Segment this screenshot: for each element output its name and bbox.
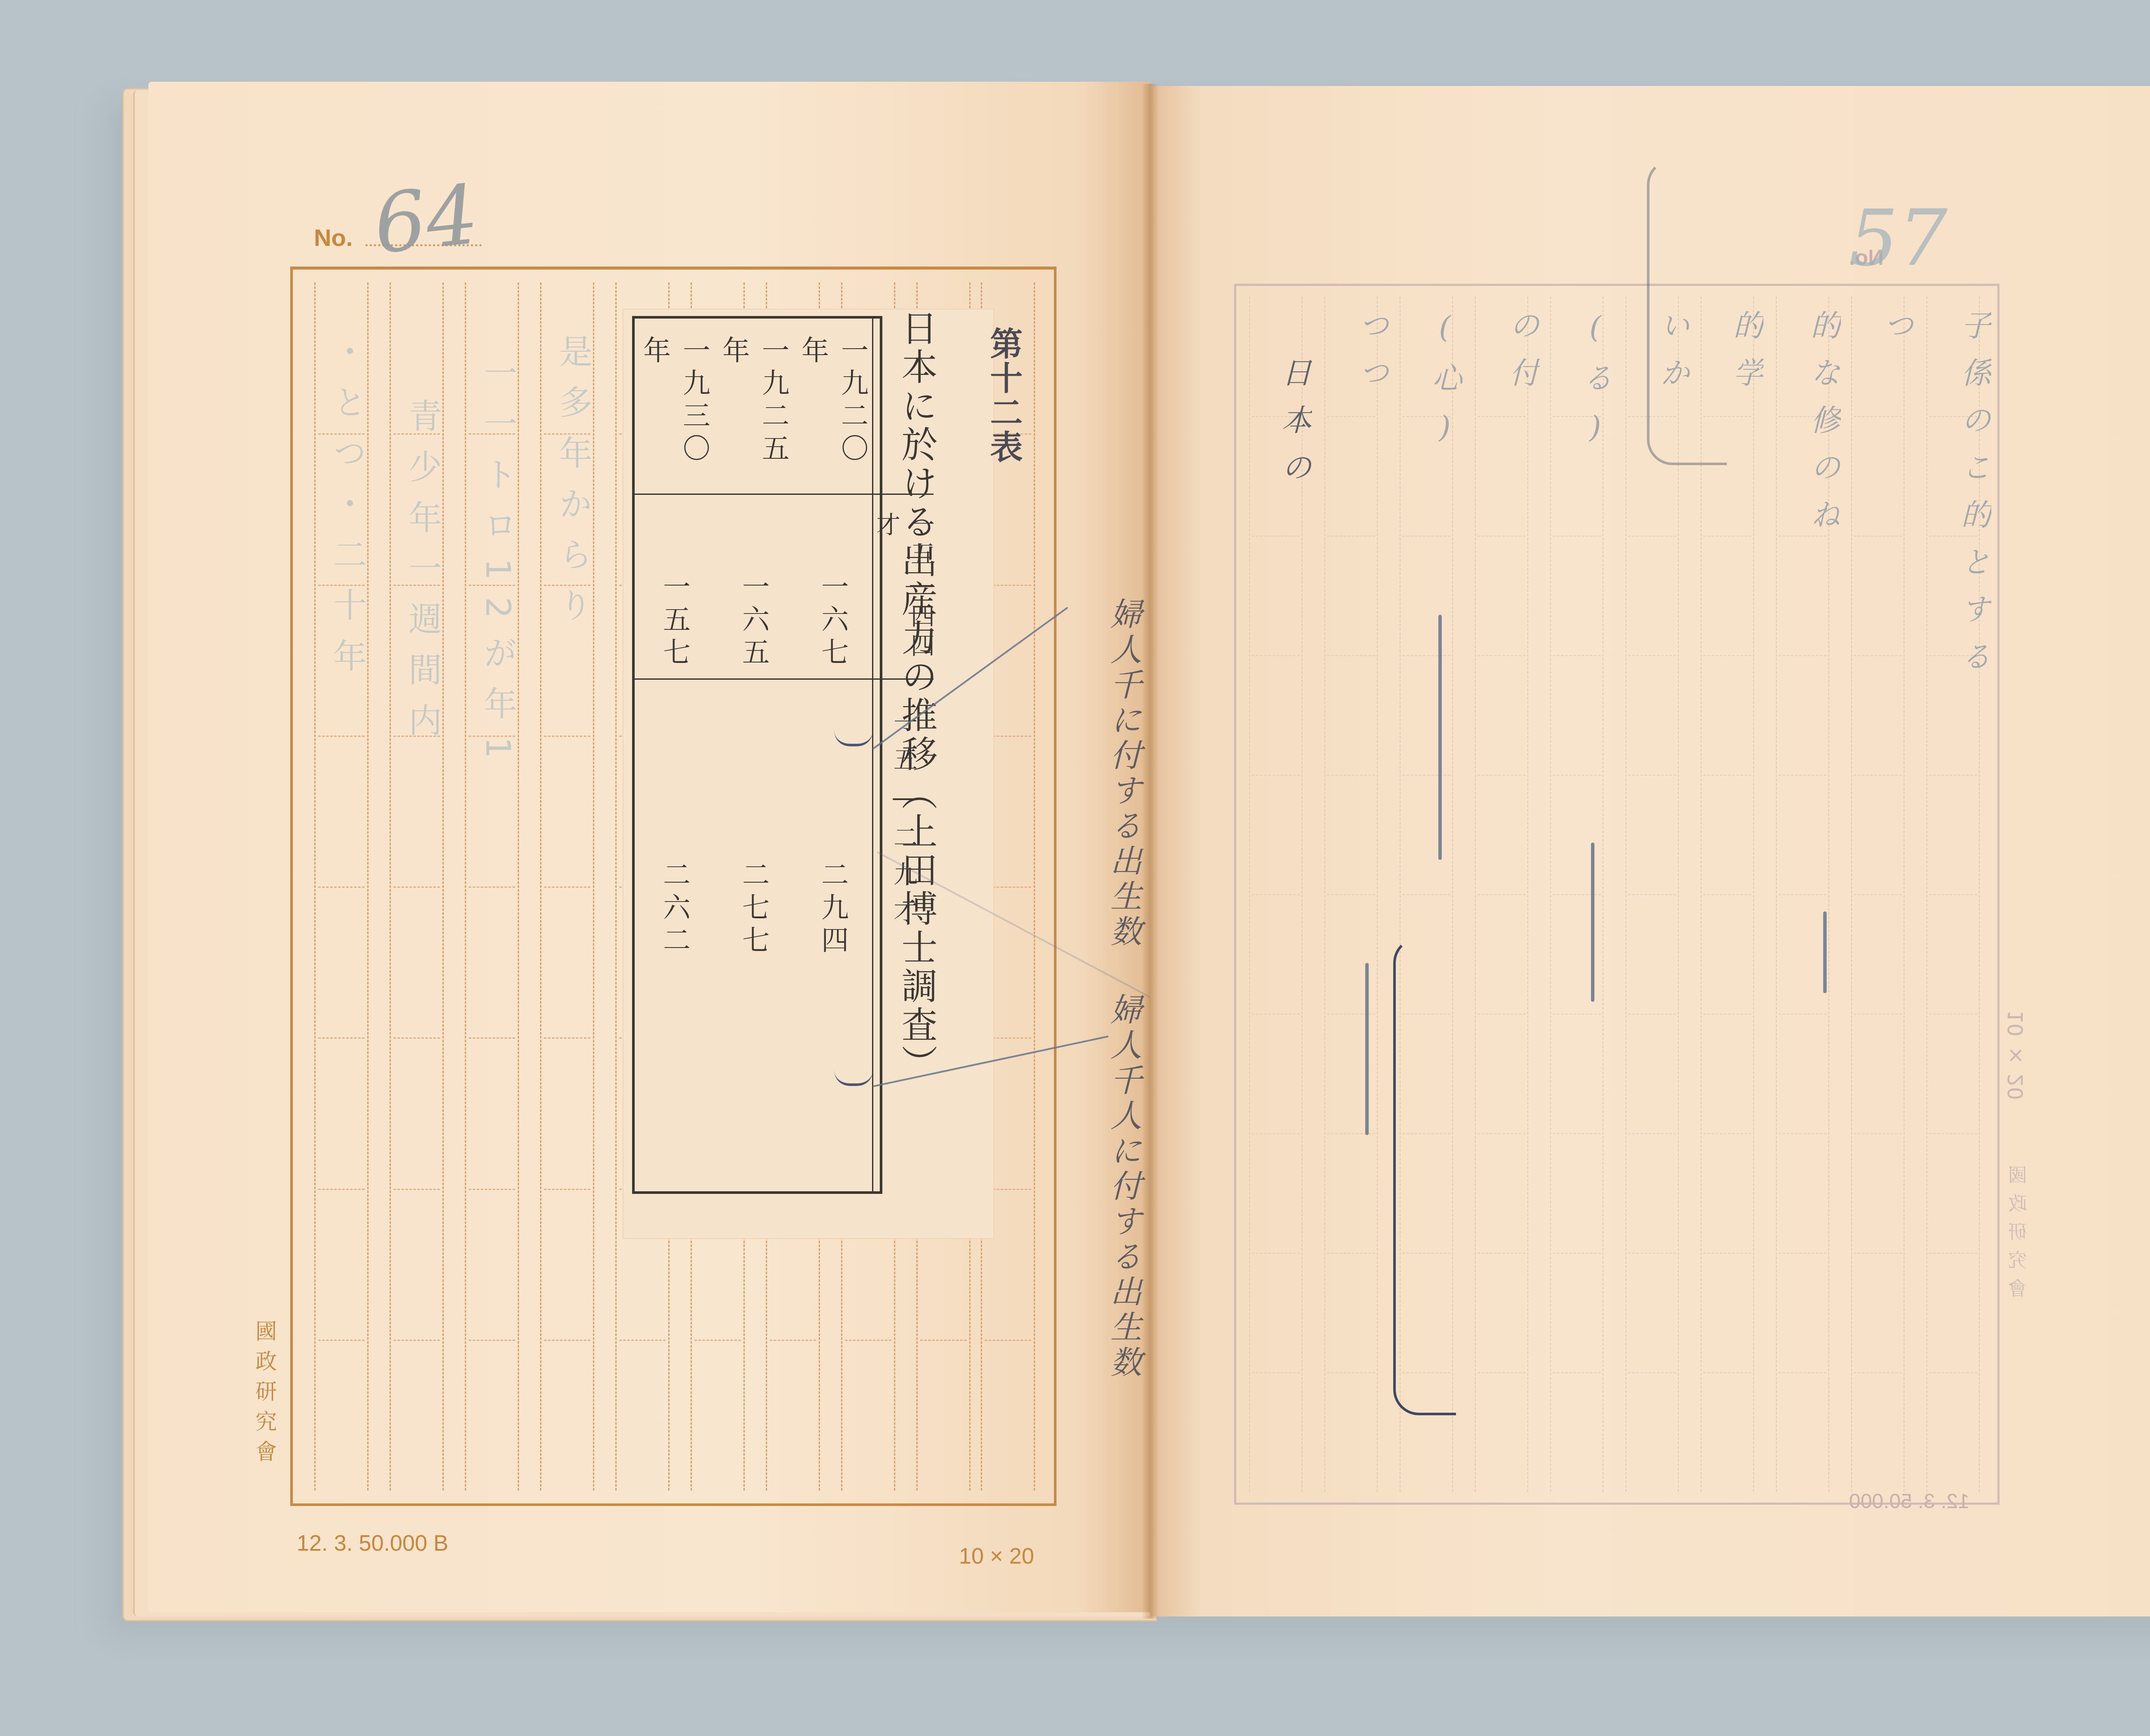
pencil-page-number: 57 <box>1849 193 1947 283</box>
mirrored-grid-spec: 10 × 20 <box>2004 1010 2028 1100</box>
grid-cell-divider <box>985 1340 1031 1341</box>
grid-cell-divider <box>544 1340 590 1341</box>
handwritten-column: 的学 <box>1724 310 1768 1470</box>
margin-note: 婦人千に付する出生数 <box>1101 598 1146 985</box>
grid-cell-divider <box>920 1340 967 1341</box>
book-gutter <box>1142 84 1159 1619</box>
publisher-imprint: 國政研究會 <box>243 1320 286 1470</box>
grid-cell-divider <box>1252 1133 1300 1134</box>
grid-cell-divider <box>1252 1372 1300 1373</box>
ghost-pencil-text: 青少年一週間内 <box>398 399 446 1387</box>
table-cell-value: 一五七 <box>635 495 714 680</box>
table-cell-value: 二六二 <box>635 680 714 1191</box>
table-cell-year: 一九二〇年 <box>793 319 873 495</box>
form-number-label: No. <box>314 224 353 252</box>
grid-cell-divider <box>1252 655 1300 656</box>
mirrored-publisher: 國政研究會 <box>2006 1165 2033 1307</box>
pencil-loop <box>1647 159 1727 465</box>
pencil-stroke <box>1823 911 1827 993</box>
ghost-pencil-text: 一一トロ12が年1 <box>473 356 522 1344</box>
grid-cell-divider <box>1252 1014 1300 1015</box>
table-cell-value: 一六五 <box>714 495 793 680</box>
table-number-label: 第十二表 <box>980 327 1027 464</box>
pencil-stroke <box>1591 843 1594 1002</box>
pencil-bracket <box>1393 937 1456 1415</box>
grid-cell-divider <box>694 1340 741 1341</box>
grid-spec: 10 × 20 <box>959 1543 1034 1569</box>
grid-cell-divider <box>619 1340 666 1341</box>
handwritten-column: の付 <box>1501 310 1544 1470</box>
table-cell-value: 二七七 <box>714 680 793 1191</box>
grid-cell-divider <box>770 1340 816 1341</box>
handwritten-column: つつ <box>1350 310 1394 1470</box>
pencil-stroke <box>1438 615 1442 860</box>
grid-cell-divider <box>1252 894 1300 895</box>
mirrored-print-code: 12. 3. 50.000 <box>1849 1490 1969 1513</box>
form-number-handwritten: 64 <box>369 167 483 272</box>
pencil-stroke <box>1365 963 1369 1135</box>
handwritten-column: 子係のこ的とする <box>1952 310 1996 1470</box>
handwritten-column: つ <box>1875 310 1918 1470</box>
print-code: 12. 3. 50.000 B <box>297 1531 448 1556</box>
ghost-pencil-text: 是多年からり <box>549 334 597 1323</box>
table-cell-value: 一六七 <box>793 495 873 680</box>
fertility-table: 一九三〇年 一九二五年 一九二〇年 一五七 一六五 一六七 一五—四四才 二六二… <box>632 316 882 1194</box>
grid-cell-divider <box>1252 775 1300 776</box>
table-cell-year: 一九二五年 <box>714 319 793 495</box>
table-cell-year: 一九三〇年 <box>635 319 714 495</box>
handwritten-column-japan: 日本の <box>1273 357 1316 615</box>
table-cell-value: 二九四 <box>793 680 873 1191</box>
margin-note: 婦人千人に付する出生数 <box>1101 993 1146 1423</box>
handwritten-column: 的な修のね <box>1802 310 1845 1470</box>
handwritten-column: (る) <box>1574 310 1617 1470</box>
grid-cell-divider <box>1252 1253 1300 1254</box>
grid-cell-divider <box>845 1340 891 1341</box>
table-title: 日本に於ける出産力の推移（上田博士調査） <box>899 310 935 1083</box>
handwritten-column: いか <box>1651 310 1695 1470</box>
ghost-pencil-text: ・とつ・二十年 <box>323 334 371 1366</box>
